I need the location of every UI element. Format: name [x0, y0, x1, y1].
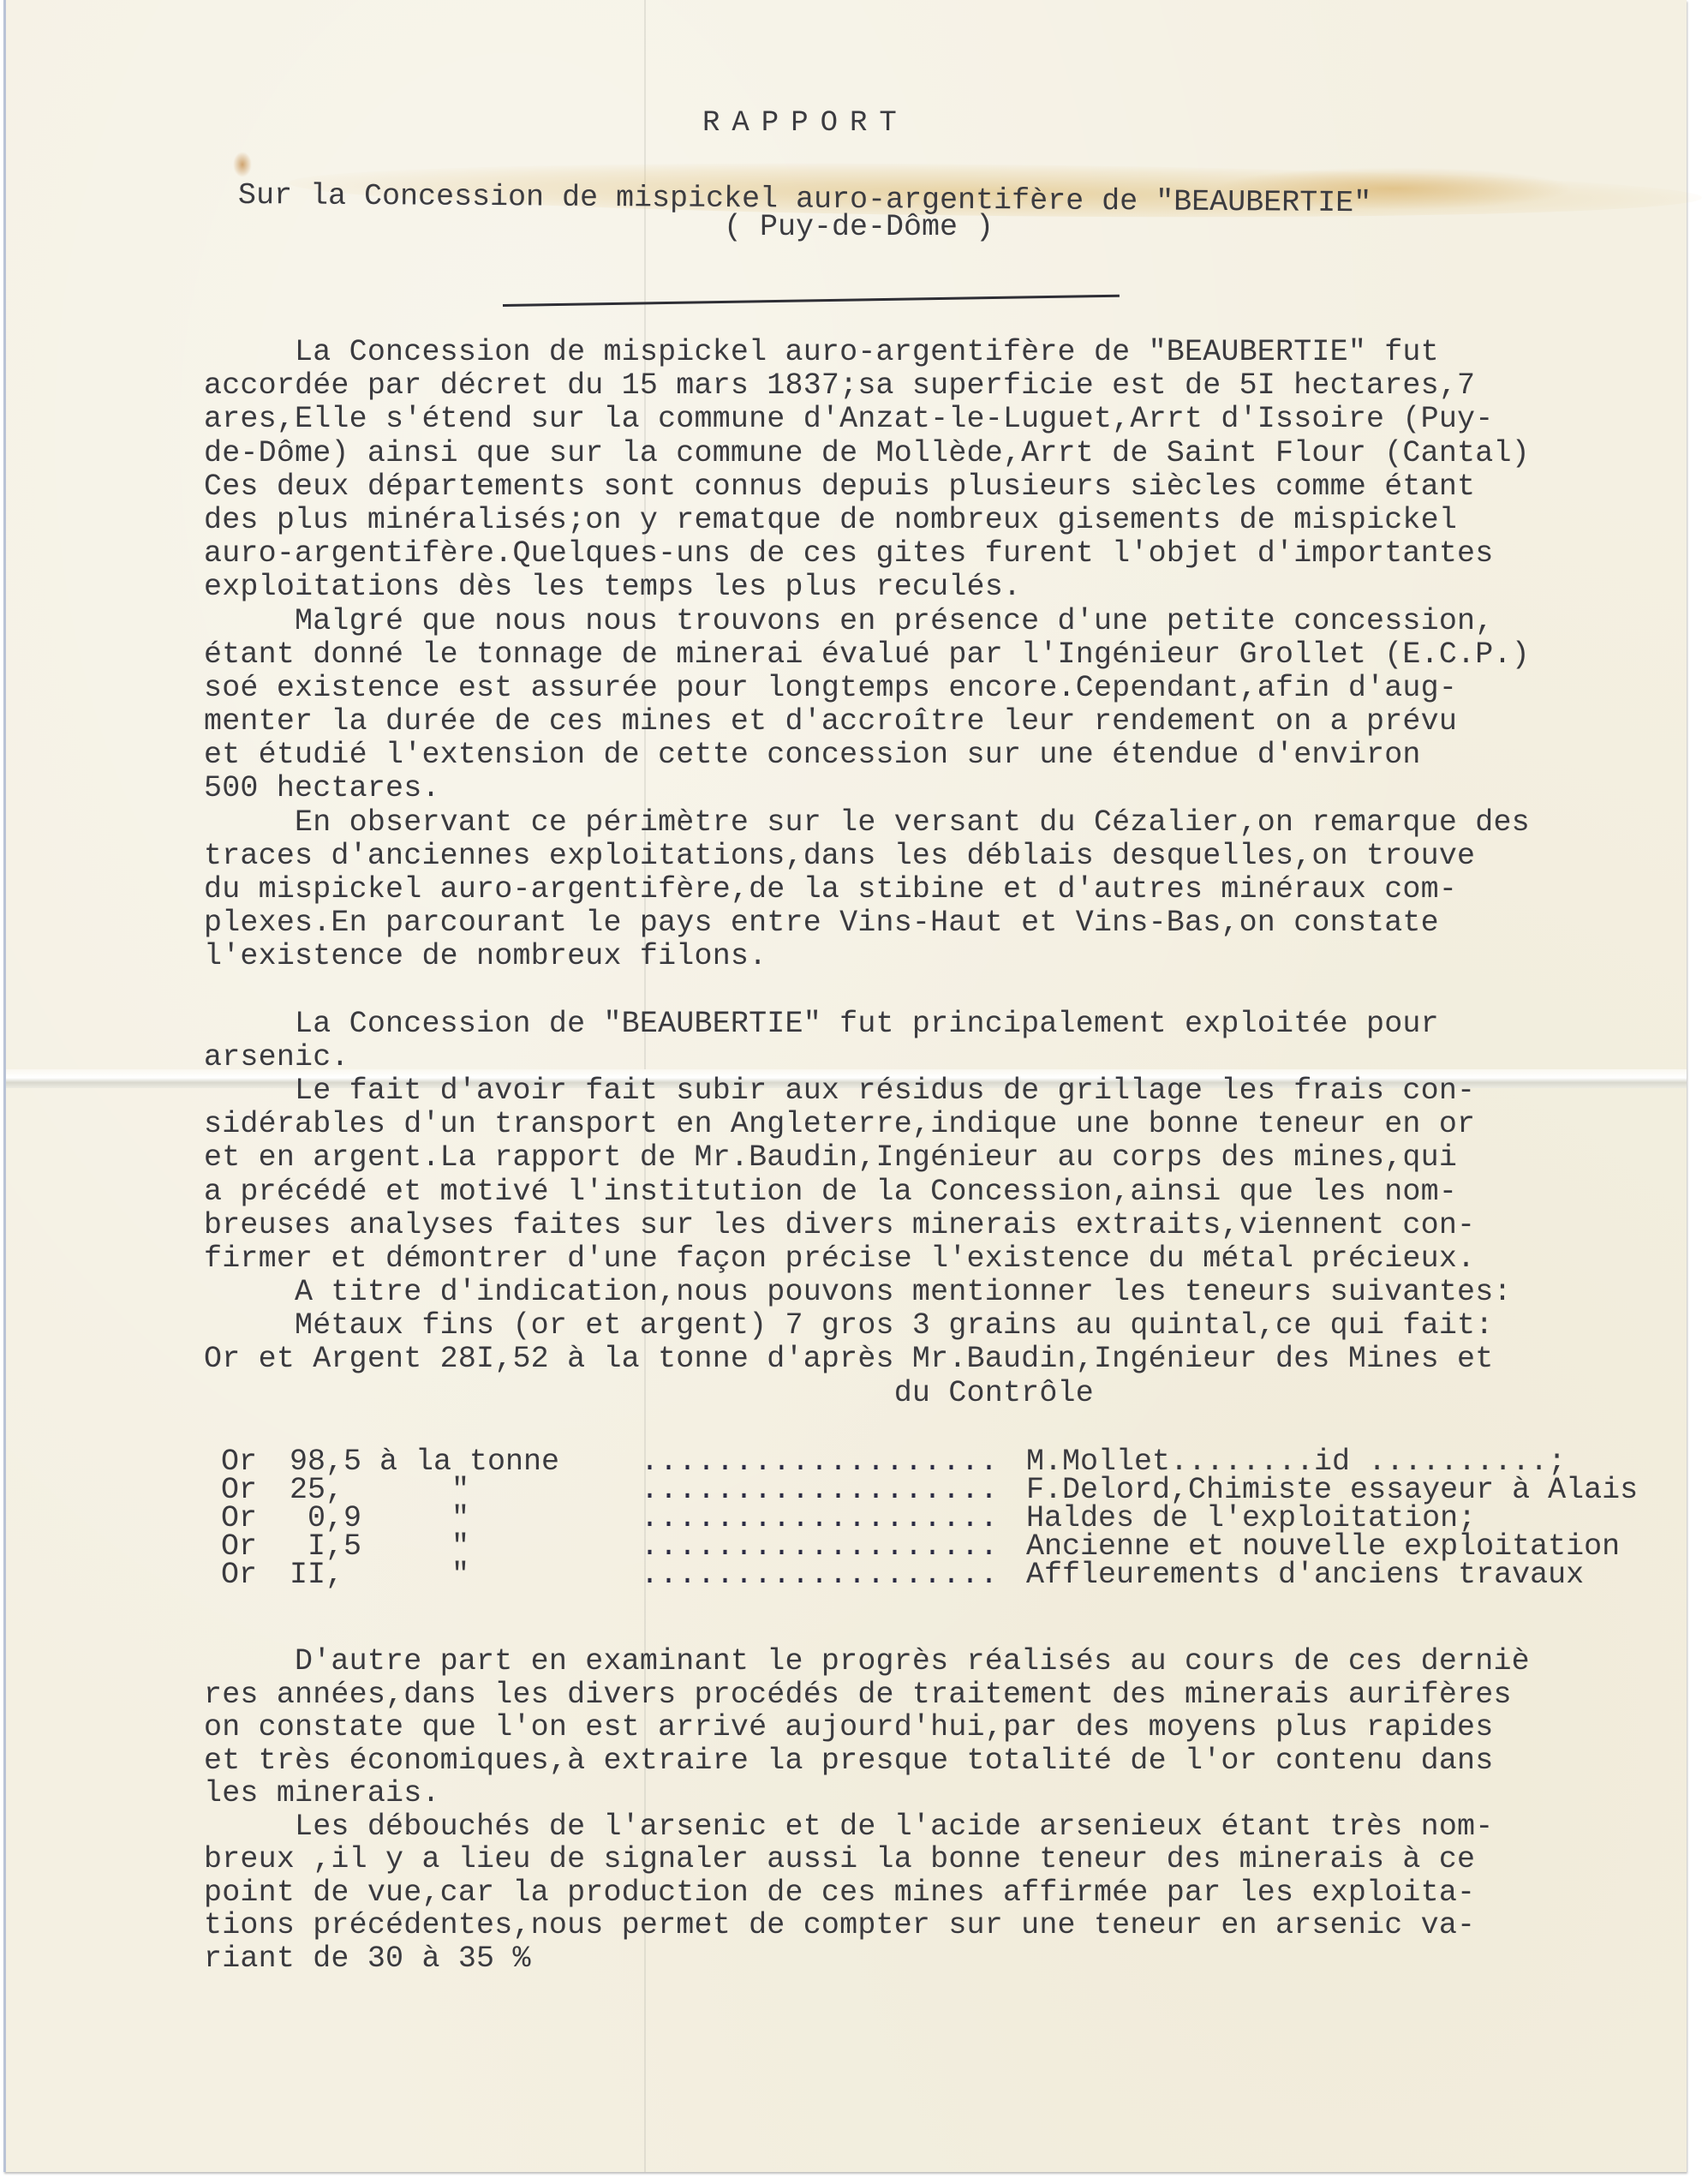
text-line: res années,dans les divers procédés de t… — [204, 1678, 1530, 1712]
text-line: Métaux fins (or et argent) 7 gros 3 grai… — [204, 1309, 1530, 1343]
text-line: point de vue,car la production de ces mi… — [204, 1876, 1530, 1910]
text-line: tions précédentes,nous permet de compter… — [204, 1909, 1530, 1942]
text-line: Or et Argent 28I,52 à la tonne d'après M… — [204, 1343, 1530, 1376]
assay-metal: Or — [221, 1561, 290, 1589]
text-line: l'existence de nombreux filons. — [204, 940, 1530, 973]
text-line: A titre d'indication,nous pouvons mentio… — [204, 1276, 1530, 1309]
text-line: et étudié l'extension de cette concessio… — [204, 739, 1530, 772]
text-line: Le fait d'avoir fait subir aux résidus d… — [204, 1074, 1530, 1108]
text-line: accordée par décret du 15 mars 1837;sa s… — [204, 369, 1530, 403]
text-line: ares,Elle s'étend sur la commune d'Anzat… — [204, 403, 1530, 436]
assay-value: II, " — [290, 1561, 641, 1589]
text-line: et en argent.La rapport de Mr.Baudin,Ing… — [204, 1141, 1530, 1175]
text-line: plexes.En parcourant le pays entre Vins-… — [204, 907, 1530, 940]
report-conclusion: D'autre part en examinant le progrès réa… — [204, 1645, 1530, 1975]
text-line: les minerais. — [204, 1777, 1530, 1810]
text-line: de-Dôme) ainsi que sur la commune de Mol… — [204, 437, 1530, 470]
text-line: des plus minéralisés;on y rematque de no… — [204, 504, 1530, 537]
text-line: breuses analyses faites sur les divers m… — [204, 1209, 1530, 1242]
assay-source: Affleurements d'anciens travaux — [1026, 1561, 1584, 1589]
text-line: a précédé et motivé l'institution de la … — [204, 1176, 1530, 1209]
text-line: on constate que l'on est arrivé aujourd'… — [204, 1711, 1530, 1744]
text-line: arsenic. — [204, 1041, 1530, 1074]
text-line: étant donné le tonnage de minerai évalué… — [204, 638, 1530, 672]
text-line: riant de 30 à 35 % — [204, 1942, 1530, 1976]
text-line: du Contrôle — [204, 1377, 1530, 1410]
document-title: RAPPORT — [702, 107, 909, 140]
text-line: menter la durée de ces mines et d'accroî… — [204, 705, 1530, 739]
dot-leader: ................... — [641, 1561, 1026, 1589]
stain-spot — [233, 152, 252, 177]
text-line: traces d'anciennes exploitations,dans le… — [204, 840, 1530, 873]
text-line: 500 hectares. — [204, 772, 1530, 805]
text-line: La Concession de mispickel auro-argentif… — [204, 336, 1530, 369]
text-line: sidérables d'un transport en Angleterre,… — [204, 1108, 1530, 1141]
document-subtitle-region: ( Puy-de-Dôme ) — [724, 210, 994, 244]
text-line: breux ,il y a lieu de signaler aussi la … — [204, 1843, 1530, 1876]
text-line: exploitations dès les temps les plus rec… — [204, 571, 1530, 604]
text-line: et très économiques,à extraire la presqu… — [204, 1744, 1530, 1778]
report-body: La Concession de mispickel auro-argentif… — [204, 336, 1530, 1410]
assay-row: OrII, "...................Affleurements … — [221, 1561, 1638, 1589]
text-line: soé existence est assurée pour longtemps… — [204, 672, 1530, 705]
text-line: Les débouchés de l'arsenic et de l'acide… — [204, 1810, 1530, 1844]
text-line: La Concession de "BEAUBERTIE" fut princi… — [204, 1008, 1530, 1041]
text-line: du mispickel auro-argentifère,de la stib… — [204, 873, 1530, 907]
text-line: En observant ce périmètre sur le versant… — [204, 806, 1530, 840]
text-line: auro-argentifère.Quelques-uns de ces git… — [204, 537, 1530, 571]
text-line: Malgré que nous nous trouvons en présenc… — [204, 605, 1530, 638]
text-line: firmer et démontrer d'une façon précise … — [204, 1242, 1530, 1276]
text-line: Ces deux départements sont connus depuis… — [204, 470, 1530, 504]
paragraph-gap — [204, 974, 1530, 1008]
assay-table: Or98,5 à la tonne...................M.Mo… — [221, 1448, 1638, 1589]
text-line: D'autre part en examinant le progrès réa… — [204, 1645, 1530, 1678]
